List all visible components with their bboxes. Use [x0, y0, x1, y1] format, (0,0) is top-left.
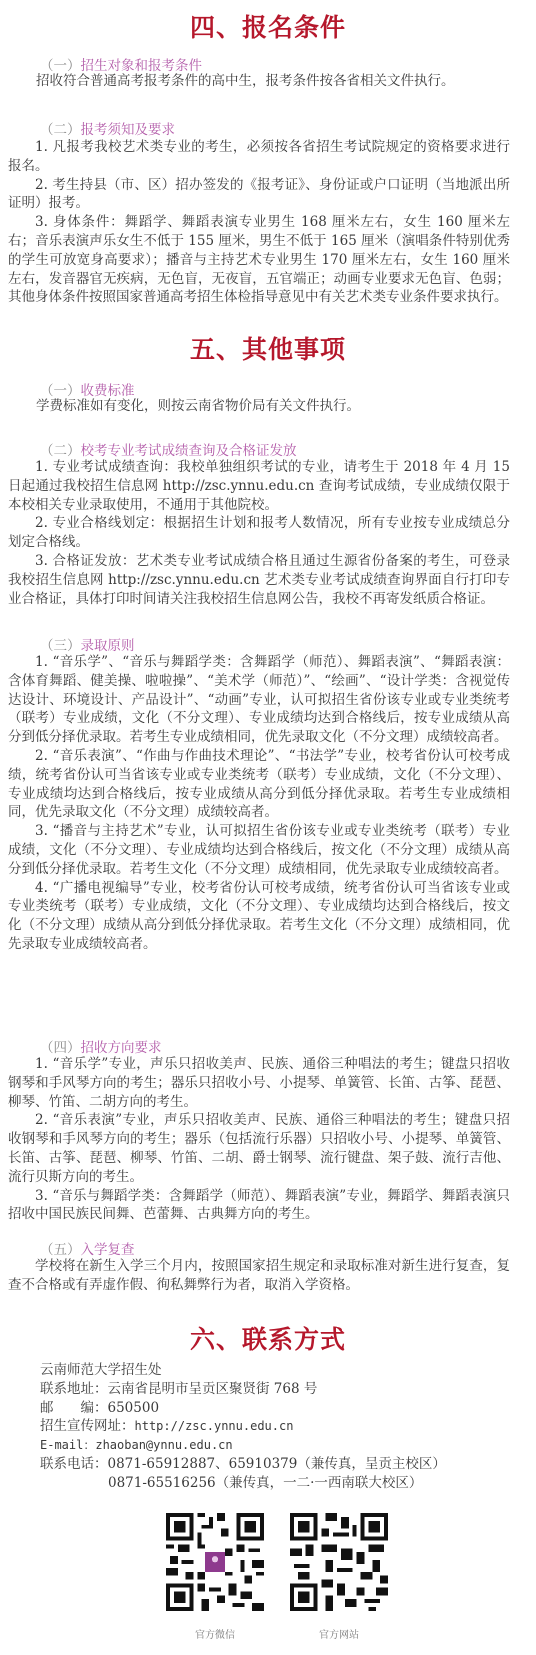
subheading-enrollment-review: （五）入学复查	[40, 1238, 135, 1258]
paragraph: 学校将在新生入学三个月内，按照国家招生规定和录取标准对新生进行复查，复查不合格或…	[8, 1257, 510, 1295]
subheading-number: （三）	[40, 638, 81, 654]
email-link[interactable]: zhaoban@ynnu.edu.cn	[95, 1438, 232, 1452]
phone-label: 联系电话：	[40, 1456, 108, 1472]
subheading-directions: （四）招收方向要求	[40, 1036, 162, 1056]
paragraph: 2. 专业合格线划定：根据招生计划和报考人数情况，所有专业按专业成绩总分划定合格…	[8, 514, 510, 552]
paragraph-block: 学校将在新生入学三个月内，按照国家招生规定和录取标准对新生进行复查，复查不合格或…	[8, 1257, 510, 1295]
subheading-label: 校考专业考试成绩查询及合格证发放	[81, 443, 297, 459]
paragraph: 3. 身体条件：舞蹈学、舞蹈表演专业男生 168 厘米左右，女生 160 厘米左…	[8, 213, 510, 307]
subheading-label: 录取原则	[81, 638, 135, 654]
website-label: 招生宣传网址：	[40, 1418, 135, 1434]
org-name: 云南师范大学招生处	[40, 1361, 446, 1380]
postcode-label: 邮 编：	[40, 1400, 108, 1416]
section-title-other-matters: 五、其他事项	[0, 330, 536, 366]
subheading-fees: （一）收费标准	[40, 379, 135, 399]
paragraph: 1. 专业考试成绩查询：我校单独组织考试的专业，请考生于 2018 年 4 月 …	[8, 458, 510, 514]
address-label: 联系地址：	[40, 1381, 108, 1397]
paragraph: 1. 凡报考我校艺术类专业的考生，必须按各省招生考试院规定的资格要求进行报名。	[8, 138, 510, 176]
postcode-value: 650500	[108, 1400, 160, 1416]
phone-row-2: 0871-65516256（兼传真，一二·一西南联大校区）	[40, 1474, 446, 1493]
address-row: 联系地址：云南省昆明市呈贡区聚贤街 768 号	[40, 1380, 446, 1399]
subheading-admission-principles: （三）录取原则	[40, 634, 135, 654]
subheading-number: （五）	[40, 1242, 81, 1258]
paragraph: 学费标准如有变化，则按云南省物价局有关文件执行。	[8, 397, 510, 416]
contact-info: 云南师范大学招生处 联系地址：云南省昆明市呈贡区聚贤街 768 号 邮 编：65…	[40, 1361, 446, 1493]
subheading-requirements: （二）报考须知及要求	[40, 118, 175, 138]
paragraph: 2. “音乐表演”、“作曲与作曲技术理论”、“书法学”专业，校考省份认可校考成绩…	[8, 747, 510, 822]
email-row: E-mail：zhaoban@ynnu.edu.cn	[40, 1436, 446, 1455]
paragraph: 3. 合格证发放：艺术类专业考试成绩合格且通过生源省份备案的考生，可登录我校招生…	[8, 552, 510, 608]
website-qr-label: 官方网站	[290, 1626, 388, 1641]
address-value: 云南省昆明市呈贡区聚贤街 768 号	[108, 1381, 318, 1397]
paragraph: 2. 考生持县（市、区）招办签发的《报考证》、身份证或户口证明（当地派出所证明）…	[8, 176, 510, 214]
wechat-qr-code	[166, 1513, 264, 1611]
website-link[interactable]: http://zsc.ynnu.edu.cn	[135, 1419, 294, 1433]
paragraph-block: 1. “音乐学”专业，声乐只招收美声、民族、通俗三种唱法的考生；键盘只招收钢琴和…	[8, 1055, 510, 1224]
subheading-number: （二）	[40, 443, 81, 459]
paragraph: 2. “音乐表演”专业，声乐只招收美声、民族、通俗三种唱法的考生；键盘只招收钢琴…	[8, 1111, 510, 1186]
paragraph: 3. “音乐与舞蹈学类：含舞蹈学（师范）、舞蹈表演”专业，舞蹈学、舞蹈表演只招收…	[8, 1187, 510, 1225]
section-title-contact: 六、联系方式	[0, 1320, 536, 1356]
email-label: E-mail：	[40, 1438, 95, 1452]
paragraph: 1. “音乐学”、“音乐与舞蹈学类：含舞蹈学（师范）、舞蹈表演”、“舞蹈表演：含…	[8, 653, 510, 747]
paragraph-block: 招收符合普通高考报考条件的高中生，报考条件按各省相关文件执行。	[8, 72, 510, 91]
phone-row: 联系电话：0871-65912887、65910379（兼传真，呈贡主校区）	[40, 1455, 446, 1474]
subheading-label: 报考须知及要求	[81, 122, 176, 138]
paragraph: 3. “播音与主持艺术”专业，认可拟招生省份该专业或专业类统考（联考）专业成绩，…	[8, 822, 510, 878]
subheading-number: （四）	[40, 1040, 81, 1056]
website-row: 招生宣传网址：http://zsc.ynnu.edu.cn	[40, 1417, 446, 1436]
subheading-label: 入学复查	[81, 1242, 135, 1258]
subheading-label: 招收方向要求	[81, 1040, 162, 1056]
paragraph: 1. “音乐学”专业，声乐只招收美声、民族、通俗三种唱法的考生；键盘只招收钢琴和…	[8, 1055, 510, 1111]
postcode-row: 邮 编：650500	[40, 1399, 446, 1418]
subheading-eligibility: （一）招生对象和报考条件	[40, 54, 202, 74]
subheading-number: （二）	[40, 122, 81, 138]
paragraph-block: 1. 凡报考我校艺术类专业的考生，必须按各省招生考试院规定的资格要求进行报名。 …	[8, 138, 510, 307]
section-title-registration: 四、报名条件	[0, 8, 536, 44]
paragraph-block: 1. “音乐学”、“音乐与舞蹈学类：含舞蹈学（师范）、舞蹈表演”、“舞蹈表演：含…	[8, 653, 510, 954]
wechat-qr-label: 官方微信	[166, 1626, 264, 1641]
website-qr-code	[290, 1513, 388, 1611]
phone-value-2: 0871-65516256（兼传真，一二·一西南联大校区）	[108, 1475, 422, 1491]
paragraph-block: 1. 专业考试成绩查询：我校单独组织考试的专业，请考生于 2018 年 4 月 …	[8, 458, 510, 608]
paragraph-block: 学费标准如有变化，则按云南省物价局有关文件执行。	[8, 397, 510, 416]
paragraph: 4. “广播电视编导”专业，校考省份认可校考成绩，统考省份认可当省该专业或专业类…	[8, 879, 510, 954]
phone-value-1: 0871-65912887、65910379（兼传真，呈贡主校区）	[108, 1456, 446, 1472]
subheading-score-query: （二）校考专业考试成绩查询及合格证发放	[40, 439, 297, 459]
paragraph: 招收符合普通高考报考条件的高中生，报考条件按各省相关文件执行。	[8, 72, 510, 91]
